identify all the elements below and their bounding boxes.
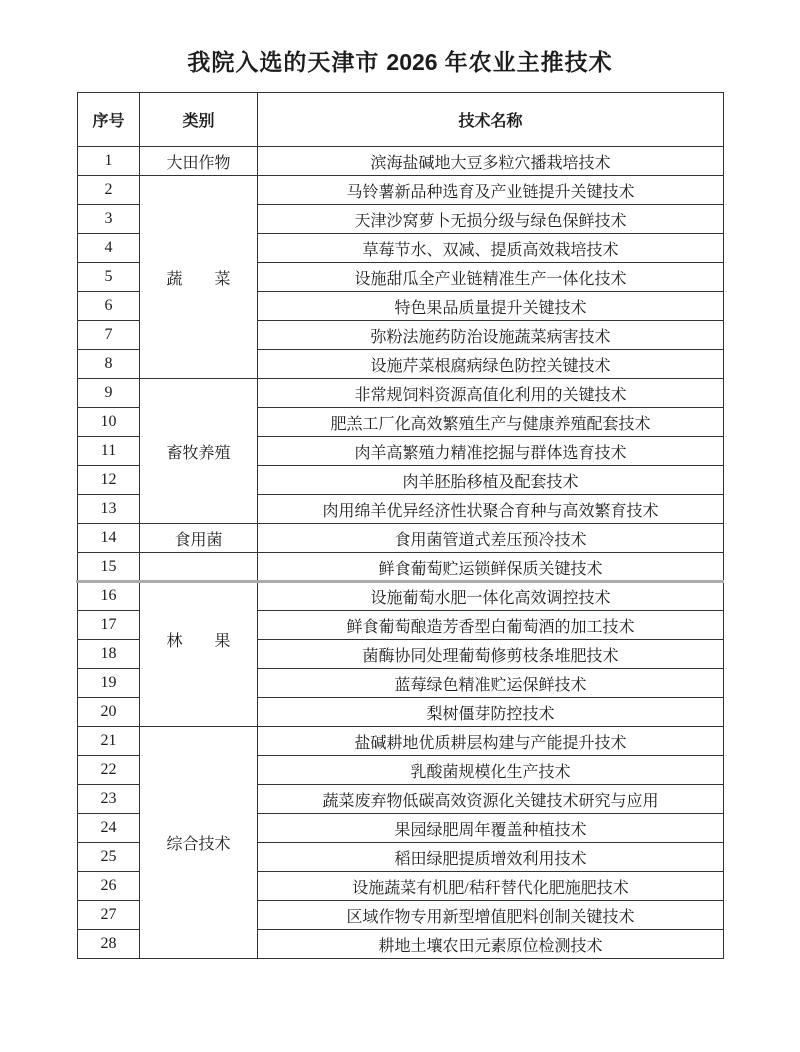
- technology-name-cell: 设施蔬菜有机肥/秸秆替代化肥施肥技术: [258, 872, 724, 901]
- technology-name-cell: 蓝莓绿色精准贮运保鲜技术: [258, 669, 724, 698]
- row-index-cell: 7: [78, 321, 140, 350]
- table-row: 1大田作物滨海盐碱地大豆多粒穴播栽培技术: [78, 147, 724, 176]
- row-index-cell: 4: [78, 234, 140, 263]
- technology-name-cell: 设施甜瓜全产业链精准生产一体化技术: [258, 263, 724, 292]
- page-title: 我院入选的天津市2026年农业主推技术: [0, 0, 800, 79]
- header-cell-name: 技术名称: [258, 93, 724, 147]
- technology-name-cell: 滨海盐碱地大豆多粒穴播栽培技术: [258, 147, 724, 176]
- technology-name-cell: 肉用绵羊优异经济性状聚合育种与高效繁育技术: [258, 495, 724, 524]
- category-cell: 蔬 菜: [140, 176, 258, 379]
- table-header-row: 序号 类别 技术名称: [78, 93, 724, 147]
- row-index-cell: 6: [78, 292, 140, 321]
- technology-name-cell: 菌酶协同处理葡萄修剪枝条堆肥技术: [258, 640, 724, 669]
- technology-name-cell: 马铃薯新品种选育及产业链提升关键技术: [258, 176, 724, 205]
- category-cell: 畜牧养殖: [140, 379, 258, 524]
- row-index-cell: 28: [78, 930, 140, 959]
- row-index-cell: 21: [78, 727, 140, 756]
- row-index-cell: 17: [78, 611, 140, 640]
- technology-name-cell: 肉羊高繁殖力精准挖掘与群体选育技术: [258, 437, 724, 466]
- row-index-cell: 5: [78, 263, 140, 292]
- technology-name-cell: 食用菌管道式差压预冷技术: [258, 524, 724, 553]
- row-index-cell: 14: [78, 524, 140, 553]
- row-index-cell: 19: [78, 669, 140, 698]
- table-row: 21综合技术盐碱耕地优质耕层构建与产能提升技术: [78, 727, 724, 756]
- page-title-year: 2026: [386, 49, 437, 75]
- table-row: 2蔬 菜马铃薯新品种选育及产业链提升关键技术: [78, 176, 724, 205]
- row-index-cell: 12: [78, 466, 140, 495]
- table-body: 1大田作物滨海盐碱地大豆多粒穴播栽培技术2蔬 菜马铃薯新品种选育及产业链提升关键…: [78, 147, 724, 959]
- row-index-cell: 26: [78, 872, 140, 901]
- row-index-cell: 23: [78, 785, 140, 814]
- technology-name-cell: 非常规饲料资源高值化利用的关键技术: [258, 379, 724, 408]
- technology-name-cell: 盐碱耕地优质耕层构建与产能提升技术: [258, 727, 724, 756]
- technology-name-cell: 乳酸菌规模化生产技术: [258, 756, 724, 785]
- technology-name-cell: 弥粉法施药防治设施蔬菜病害技术: [258, 321, 724, 350]
- technology-name-cell: 鲜食葡萄贮运锁鲜保质关键技术: [258, 553, 724, 582]
- row-index-cell: 13: [78, 495, 140, 524]
- technology-table-container: 序号 类别 技术名称 1大田作物滨海盐碱地大豆多粒穴播栽培技术2蔬 菜马铃薯新品…: [77, 92, 723, 959]
- category-cell: 林 果: [140, 553, 258, 727]
- technology-name-cell: 区域作物专用新型增值肥料创制关键技术: [258, 901, 724, 930]
- row-index-cell: 20: [78, 698, 140, 727]
- technology-name-cell: 鲜食葡萄酿造芳香型白葡萄酒的加工技术: [258, 611, 724, 640]
- technology-name-cell: 稻田绿肥提质增效利用技术: [258, 843, 724, 872]
- table-row: 14食用菌食用菌管道式差压预冷技术: [78, 524, 724, 553]
- technology-name-cell: 草莓节水、双减、提质高效栽培技术: [258, 234, 724, 263]
- page-title-prefix: 我院入选的天津市: [187, 50, 379, 75]
- row-index-cell: 9: [78, 379, 140, 408]
- row-index-cell: 3: [78, 205, 140, 234]
- technology-name-cell: 蔬菜废弃物低碳高效资源化关键技术研究与应用: [258, 785, 724, 814]
- row-index-cell: 18: [78, 640, 140, 669]
- row-index-cell: 25: [78, 843, 140, 872]
- technology-name-cell: 设施芹菜根腐病绿色防控关键技术: [258, 350, 724, 379]
- table-row: 15林 果鲜食葡萄贮运锁鲜保质关键技术: [78, 553, 724, 582]
- page-title-suffix: 年农业主推技术: [445, 50, 613, 75]
- header-cell-category: 类别: [140, 93, 258, 147]
- table-row: 9畜牧养殖非常规饲料资源高值化利用的关键技术: [78, 379, 724, 408]
- technology-name-cell: 设施葡萄水肥一体化高效调控技术: [258, 582, 724, 611]
- row-index-cell: 1: [78, 147, 140, 176]
- technology-name-cell: 果园绿肥周年覆盖种植技术: [258, 814, 724, 843]
- row-index-cell: 11: [78, 437, 140, 466]
- row-index-cell: 16: [78, 582, 140, 611]
- technology-name-cell: 耕地土壤农田元素原位检测技术: [258, 930, 724, 959]
- category-cell: 综合技术: [140, 727, 258, 959]
- row-index-cell: 22: [78, 756, 140, 785]
- row-index-cell: 24: [78, 814, 140, 843]
- technology-table: 序号 类别 技术名称 1大田作物滨海盐碱地大豆多粒穴播栽培技术2蔬 菜马铃薯新品…: [77, 92, 724, 959]
- header-cell-index: 序号: [78, 93, 140, 147]
- row-index-cell: 15: [78, 553, 140, 582]
- document-page: 我院入选的天津市2026年农业主推技术 序号 类别 技术名称 1大田作物滨海盐碱…: [0, 0, 800, 1052]
- technology-name-cell: 梨树僵芽防控技术: [258, 698, 724, 727]
- technology-name-cell: 肉羊胚胎移植及配套技术: [258, 466, 724, 495]
- row-index-cell: 2: [78, 176, 140, 205]
- category-cell: 大田作物: [140, 147, 258, 176]
- category-cell: 食用菌: [140, 524, 258, 553]
- row-index-cell: 27: [78, 901, 140, 930]
- row-index-cell: 10: [78, 408, 140, 437]
- technology-name-cell: 天津沙窝萝卜无损分级与绿色保鲜技术: [258, 205, 724, 234]
- technology-name-cell: 肥羔工厂化高效繁殖生产与健康养殖配套技术: [258, 408, 724, 437]
- technology-name-cell: 特色果品质量提升关键技术: [258, 292, 724, 321]
- row-index-cell: 8: [78, 350, 140, 379]
